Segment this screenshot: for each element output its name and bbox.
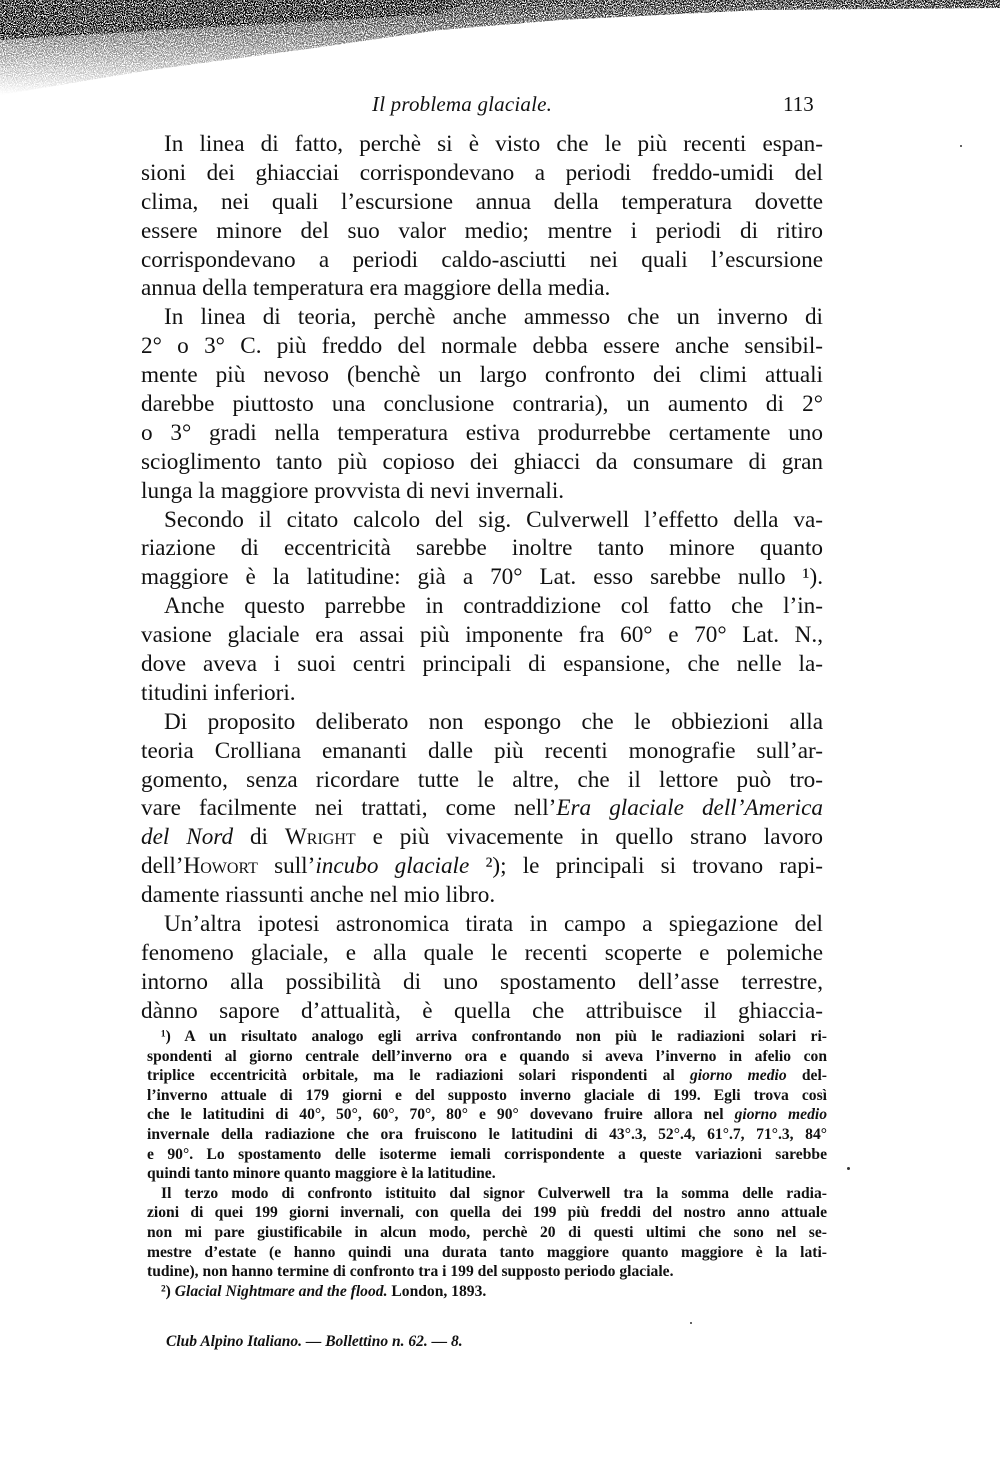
footnote-line: ²) Glacial Nightmare and the flood. Lond… bbox=[147, 1282, 827, 1302]
text-line: teoria Crolliana emananti dalle più rece… bbox=[141, 737, 823, 766]
text-line: mente più nevoso (benchè un largo confro… bbox=[141, 361, 823, 390]
text-line: corrispondevano a periodi caldo-asciutti… bbox=[141, 246, 823, 275]
italic-phrase: del Nord bbox=[141, 824, 233, 850]
text-line: gomento, senza ricordare tutte le altre,… bbox=[141, 766, 823, 795]
text-line: darebbe piuttosto una conclusione contra… bbox=[141, 390, 823, 419]
text-line: vasione glaciale era assai più imponente… bbox=[141, 621, 823, 650]
footnote-line: spondenti al giorno centrale dell’invern… bbox=[147, 1047, 827, 1067]
italic-phrase: incubo glaciale bbox=[315, 853, 469, 879]
text-line: fenomeno glaciale, e alla quale le recen… bbox=[141, 939, 823, 968]
text-line: In linea di teoria, perchè anche ammesso… bbox=[141, 303, 823, 332]
footnote-line: mestre d’estate (e hanno quindi una dura… bbox=[147, 1243, 827, 1263]
scan-speck bbox=[690, 1322, 692, 1324]
text-line: In linea di fatto, perchè si è visto che… bbox=[141, 130, 823, 159]
running-title: Il problema glaciale. bbox=[372, 92, 552, 117]
text-line: dove aveva i suoi centri principali di e… bbox=[141, 650, 823, 679]
text-line: vare facilmente nei trattati, come nell’… bbox=[141, 794, 823, 823]
italic-phrase: Glacial Nightmare and the flood. bbox=[175, 1283, 388, 1300]
text-line: dànno sapore d’attualità, è quella che a… bbox=[141, 997, 823, 1026]
footer-signature: Club Alpino Italiano. — Bollettino n. 62… bbox=[166, 1333, 463, 1351]
footnote-line: e 90°. Lo spostamento delle isoterme iem… bbox=[147, 1145, 827, 1165]
text-line: sioni dei ghiacciai corrispondevano a pe… bbox=[141, 159, 823, 188]
text-line: titudini inferiori. bbox=[141, 679, 823, 708]
text-line: o 3° gradi nella temperatura estiva prod… bbox=[141, 419, 823, 448]
text-line: riazione di eccentricità sarebbe inoltre… bbox=[141, 534, 823, 563]
footnote-line: Il terzo modo di confronto istituito dal… bbox=[147, 1184, 827, 1204]
footnotes: ¹) A un risultato analogo egli arriva co… bbox=[147, 1027, 827, 1301]
text-line: Anche questo parrebbe in contraddizione … bbox=[141, 592, 823, 621]
footnote-line: quindi tanto minore quanto maggiore è la… bbox=[147, 1164, 827, 1184]
footnote-line: l’inverno attuale di 179 giorni e del su… bbox=[147, 1086, 827, 1106]
footnote-line: tudine), non hanno termine di confronto … bbox=[147, 1262, 827, 1282]
text-line: scioglimento tanto più copioso dei ghiac… bbox=[141, 448, 823, 477]
text-line: damente riassunti anche nel mio libro. bbox=[141, 881, 823, 910]
footnote-line: che le latitudini di 40°, 50°, 60°, 70°,… bbox=[147, 1105, 827, 1125]
footnote-line: non mi pare giustificabile in alcun modo… bbox=[147, 1223, 827, 1243]
italic-phrase: Era glaciale dell’America bbox=[556, 795, 823, 821]
footnote-line: zioni di quei 199 giorni invernali, con … bbox=[147, 1203, 827, 1223]
text-line: maggiore è la latitudine: già a 70° Lat.… bbox=[141, 563, 823, 592]
text-line: 2° o 3° C. più freddo del normale debba … bbox=[141, 332, 823, 361]
author-name: Wright bbox=[285, 824, 356, 850]
scan-speck bbox=[847, 1167, 850, 1170]
page-number: 113 bbox=[783, 92, 814, 117]
footnote-line: ¹) A un risultato analogo egli arriva co… bbox=[147, 1027, 827, 1047]
footnote-line: triplice eccentricità orbitale, ma le ra… bbox=[147, 1066, 827, 1086]
text-line: lunga la maggiore provvista di nevi inve… bbox=[141, 477, 823, 506]
main-text: In linea di fatto, perchè si è visto che… bbox=[141, 130, 823, 1026]
italic-phrase: giorno medio bbox=[690, 1067, 787, 1084]
text-line: clima, nei quali l’escursione annua dell… bbox=[141, 188, 823, 217]
author-name: Howort bbox=[184, 853, 258, 879]
text-line: dell’Howort sull’incubo glaciale ²); le … bbox=[141, 852, 823, 881]
text-line: Secondo il citato calcolo del sig. Culve… bbox=[141, 506, 823, 535]
document-page: Il problema glaciale. 113 In linea di fa… bbox=[0, 0, 1000, 1471]
text-line: del Nord di Wright e più vivacemente in … bbox=[141, 823, 823, 852]
text-line: essere minore del suo valor medio; mentr… bbox=[141, 217, 823, 246]
italic-phrase: giorno medio bbox=[735, 1106, 827, 1123]
footnote-line: invernale della radiazione che ora fruis… bbox=[147, 1125, 827, 1145]
page-header: Il problema glaciale. 113 bbox=[0, 92, 1000, 122]
text-line: intorno alla possibilità di uno spostame… bbox=[141, 968, 823, 997]
scan-speck bbox=[960, 145, 962, 147]
text-line: Un’altra ipotesi astronomica tirata in c… bbox=[141, 910, 823, 939]
text-line: annua della temperatura era maggiore del… bbox=[141, 274, 823, 303]
text-line: Di proposito deliberato non espongo che … bbox=[141, 708, 823, 737]
